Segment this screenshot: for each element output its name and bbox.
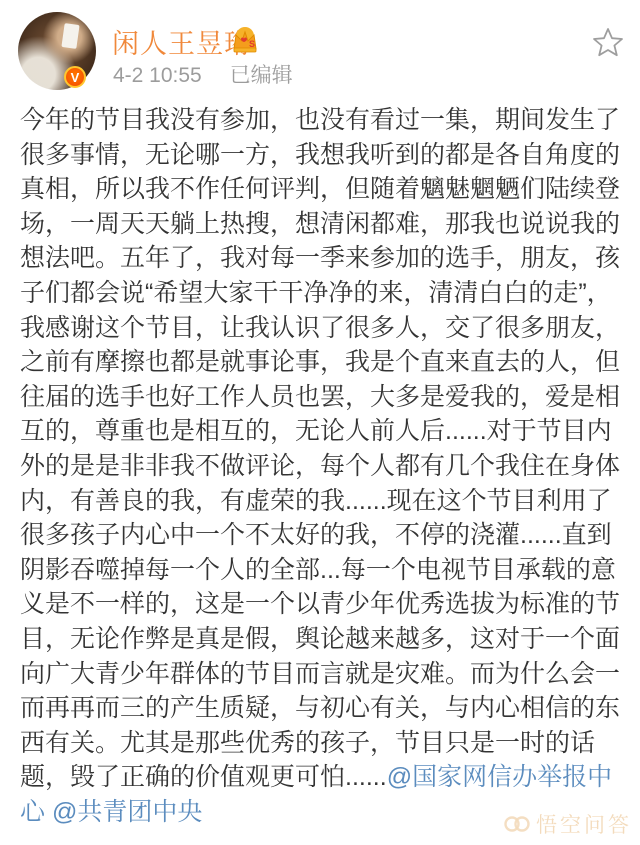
post-text: 今年的节目我没有参加，也没有看过一集，期间发生了 很多事情，无论哪一方，我想我听… [20, 103, 626, 829]
post-header: V 闲人王昱珩 S 4-2 10:55 已编辑 [0, 0, 640, 100]
watermark: 悟空问答 [504, 809, 632, 839]
timestamp: 4-2 10:55 [113, 64, 202, 87]
avatar-photo-detail [62, 24, 80, 50]
verified-v-icon: V [64, 66, 86, 88]
post-text-segment [45, 798, 52, 826]
post-meta: 4-2 10:55 已编辑 [113, 59, 293, 89]
mention-link[interactable]: @共青团中央 [52, 798, 202, 826]
watermark-text: 悟空问答 [536, 809, 632, 839]
wukong-logo-icon [504, 815, 530, 833]
weibo-post-page: V 闲人王昱珩 S 4-2 10:55 已编辑 今年的节目我没有参加，也没有看过… [0, 0, 640, 845]
vip-crown-icon: S [230, 25, 260, 55]
favorite-star-icon[interactable] [591, 25, 625, 59]
svg-text:S: S [249, 39, 255, 49]
post-text-segment: 今年的节目我没有参加，也没有看过一集，期间发生了 很多事情，无论哪一方，我想我听… [20, 106, 620, 791]
edited-label: 已编辑 [230, 64, 293, 87]
